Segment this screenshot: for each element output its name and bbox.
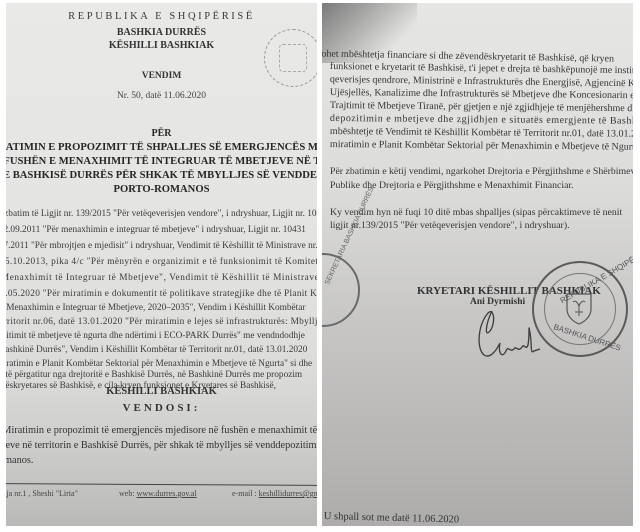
body-line: datë 27.05.2020 "Për miratimin e dokumen… (6, 289, 317, 299)
footer-web-link[interactable]: www.durres.gov.al (137, 489, 197, 498)
body-line: mbështetje të Vendimit të Këshillit Komb… (330, 126, 633, 140)
right-document-photo: të kërkohet mbështetja financiare si dhe… (322, 3, 633, 526)
title-prefix: PËR (6, 128, 317, 139)
body-line: depozitimin e mbetjeve dhe zgjidhjen e s… (330, 113, 633, 127)
body-line: datë 22.09.2011 "Për menaxhimin e integr… (6, 225, 306, 235)
body-line: datë 25.10.2013, pika 4/c "Për mënyrën e… (6, 257, 317, 267)
municipality-stamp-icon: REPUBLIKA E SHQIPËRISË BASHKIA DURRËS (532, 261, 628, 357)
decision-line: mbetjeve në territorin e Bashkisë Durrës… (6, 440, 317, 451)
footer-email-link[interactable]: keshillidurres@gmail.com (259, 489, 317, 498)
footer-email-label: e-mail : (232, 489, 257, 498)
effect-line: Ky vendim hyn në fuqi 10 ditë mbas shpal… (330, 207, 622, 218)
body-line: miratimin e Planit Kombëtar Sektorial pë… (330, 139, 633, 153)
body-line: "Për miratimin e Planit Kombëtar Sektori… (6, 359, 312, 369)
body-line: venddepozitimit të mbetjeve të ngurta dh… (6, 331, 305, 341)
council-heading-decision: KËSHILLI BASHKIAK (6, 386, 317, 397)
body-line: të Menaxhimit të Integruar të Mbetjeve",… (6, 273, 317, 283)
stamp-text: SEKRETARIA BASHKIA DURRËS (324, 186, 376, 286)
title-line: MIRATIMIN E PROPOZIMIT TË SHPALLJES SË E… (6, 142, 317, 153)
body-line: të Territorit nr.06, datë 13.01.2020 "Pë… (6, 317, 317, 327)
coat-of-arms-icon (564, 291, 594, 325)
body-line: relacionit të përgatitur nga drejtoritë … (6, 370, 302, 380)
decision-line: Romanos. (6, 455, 33, 466)
secretariat-stamp-icon: SEKRETARIA BASHKIA DURRËS (322, 253, 360, 327)
effect-line: ligjit nr.139/2015 "Për vetëqeverisjen v… (330, 220, 570, 231)
document-number: Nr. 50, datë 11.06.2020 (6, 91, 317, 101)
body-line: Trajtimit të Mbetjeve Tiranë, për gjetje… (330, 100, 633, 114)
title-line: E BASHKISË DURRËS PËR SHKAK TË MBYLLJES … (6, 170, 317, 181)
footer-email: e-mail : keshillidurres@gmail.com (232, 489, 317, 498)
footer-web: web: www.durres.gov.al (119, 489, 197, 498)
body-line: për Menaxhimin e Integruar të Mbetjeve, … (6, 303, 305, 313)
republic-heading: REPUBLIKA E SHQIPËRISË (6, 11, 317, 22)
left-document-photo: REPUBLIKA E SHQIPËRISË BASHKIA DURRËS KË… (6, 3, 317, 526)
title-line: PORTO-ROMANOS (6, 184, 317, 195)
body-line: në Bashkinë Durrës", Vendim i Këshillit … (6, 345, 307, 355)
footer-address: Lagja nr.1 , Sheshi "Liria" (6, 489, 78, 498)
municipality-heading: BASHKIA DURRËS (6, 27, 317, 38)
body-line: Në zbatim të Ligjit nr. 139/2015 "Për ve… (6, 209, 317, 219)
decided-heading: VENDOSI: (6, 402, 317, 414)
footer-web-label: web: (119, 489, 135, 498)
footer-divider (6, 483, 317, 486)
document-type: VENDIM (6, 71, 317, 81)
posted-note: U shpall sot me datë 11.06.2020 (324, 511, 459, 526)
body-line: Ujësjellës, Kanalizime dhe Infrastruktur… (330, 87, 633, 101)
decision-line: 1. Miratimin e propozimit të emergjencës… (6, 425, 317, 436)
body-line: datë 9.07.2011 "Për mbrojtjen e mjedisit… (6, 241, 317, 251)
title-line: NË FUSHËN E MENAXHIMIT TË INTEGRUAR TË M… (6, 156, 317, 167)
implementation-line: Për zbatimin e këtij vendimi, ngarkohet … (330, 166, 633, 177)
